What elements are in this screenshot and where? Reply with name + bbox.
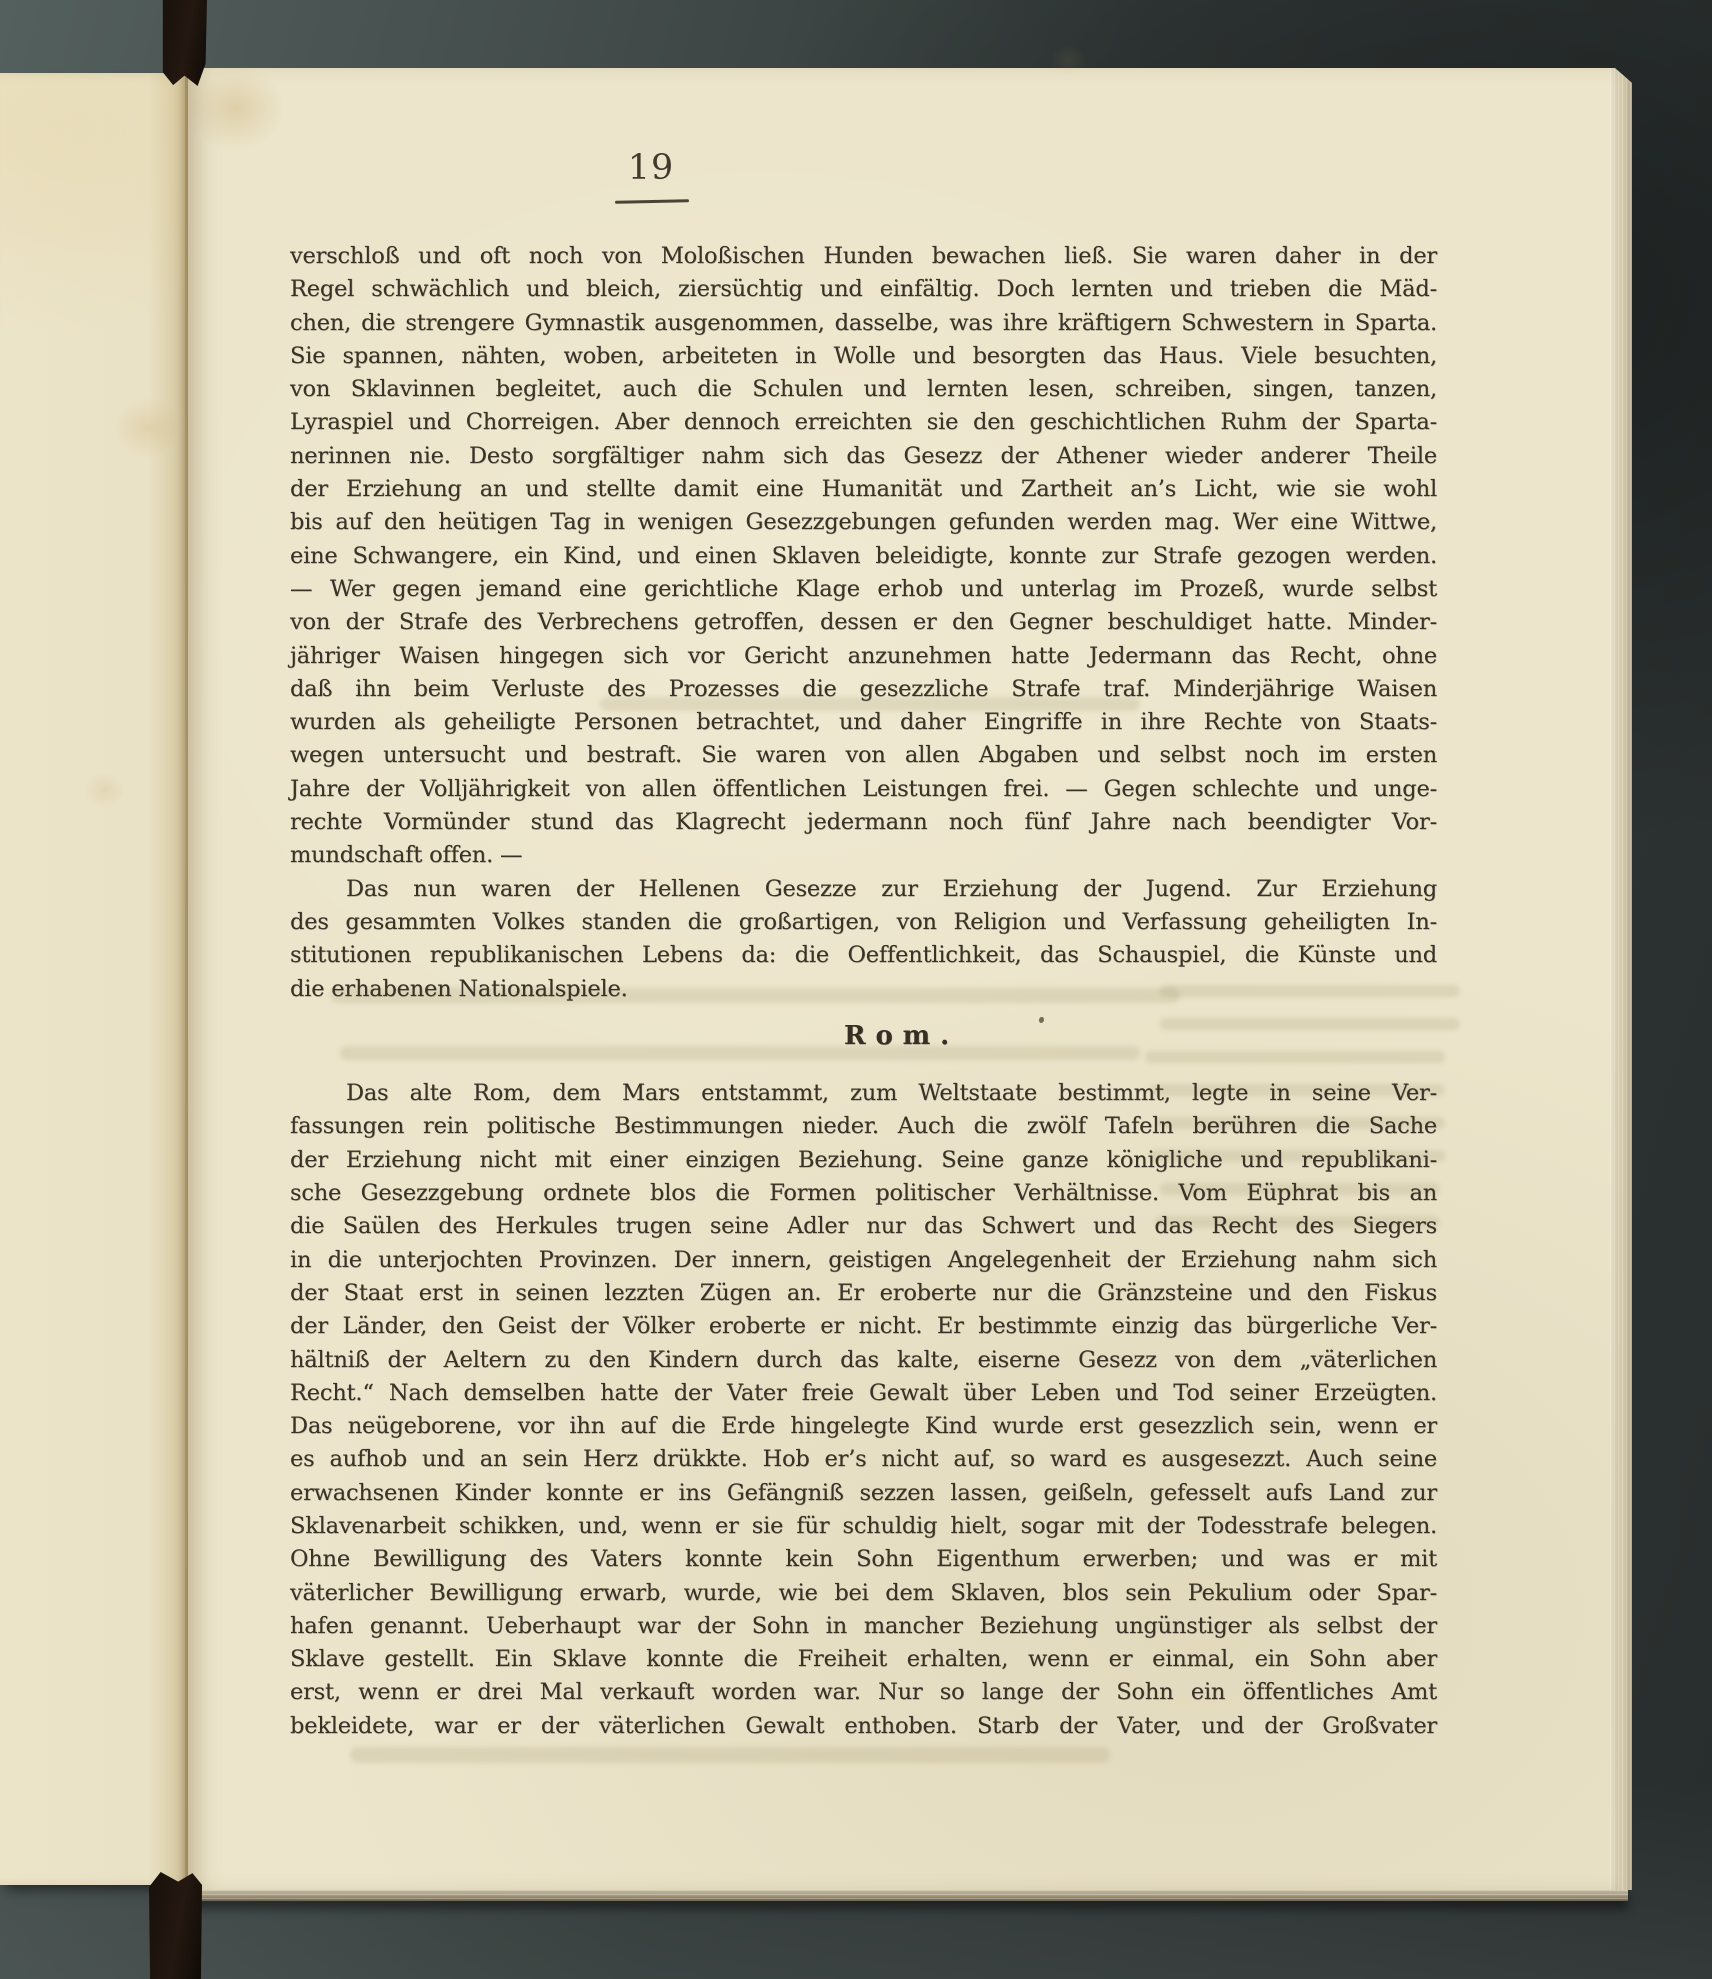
paragraph: Das nun waren der Hellenen Gesezze zur E… — [290, 873, 1437, 1006]
text-line: des gesammten Volkes standen die großart… — [290, 906, 1437, 939]
text-line: erst, wenn er drei Mal verkauft worden w… — [290, 1676, 1437, 1709]
text-line: Das alte Rom, dem Mars entstammt, zum We… — [290, 1077, 1437, 1110]
text-line: eine Schwangere, ein Kind, und einen Skl… — [290, 540, 1437, 573]
facing-page-edge — [0, 73, 190, 1885]
section-heading: Rom. — [328, 1020, 1475, 1053]
text-line: wegen untersucht und bestraft. Sie waren… — [290, 739, 1437, 772]
text-line: mundschaft offen. — — [290, 839, 1437, 872]
text-line: fassungen rein politische Bestimmungen n… — [290, 1110, 1437, 1143]
text-line: daß ihn beim Verluste des Prozesses die … — [290, 673, 1437, 706]
text-line: Das nun waren der Hellenen Gesezze zur E… — [290, 873, 1437, 906]
bottom-strap — [149, 1872, 202, 1979]
paragraph: verschloß und oft noch von Moloßischen H… — [290, 240, 1437, 873]
text-line: hältniß der Aeltern zu den Kindern durch… — [290, 1344, 1437, 1377]
page-number-rule — [615, 199, 689, 203]
text-line: Recht.“ Nach demselben hatte der Vater f… — [290, 1377, 1437, 1410]
text-line: rechte Vormünder stund das Klagrecht jed… — [290, 806, 1437, 839]
text-line: Sklave gestellt. Ein Sklave konnte die F… — [290, 1643, 1437, 1676]
text-line: erwachsenen Kinder konnte er ins Gefängn… — [290, 1477, 1437, 1510]
text-line: der Erziehung an und stellte damit eine … — [290, 473, 1437, 506]
text-line: verschloß und oft noch von Moloßischen H… — [290, 240, 1437, 273]
text-line: hafen genannt. Ueberhaupt war der Sohn i… — [290, 1610, 1437, 1643]
text-line: Sie spannen, nähten, woben, arbeiteten i… — [290, 340, 1437, 373]
text-line: wurden als geheiligte Personen betrachte… — [290, 706, 1437, 739]
text-line: Das neügeborene, vor ihn auf die Erde hi… — [290, 1410, 1437, 1443]
top-strap — [160, 0, 207, 86]
text-line: stitutionen republikanischen Lebens da: … — [290, 939, 1437, 972]
text-line: Regel schwächlich und bleich, ziersüchti… — [290, 273, 1437, 306]
gutter-shadow — [185, 70, 188, 1885]
text-line: der Erziehung nicht mit einer einzigen B… — [290, 1144, 1437, 1177]
page-right-edge-stack — [1610, 68, 1632, 1890]
book-page: 19 verschloß und oft noch von Moloßische… — [188, 68, 1632, 1890]
text-line: sche Gesezzgebung ordnete blos die Forme… — [290, 1177, 1437, 1210]
text-line: der Länder, den Geist der Völker erobert… — [290, 1310, 1437, 1343]
text-line: väterlicher Bewilligung erwarb, wurde, w… — [290, 1577, 1437, 1610]
text-line: bekleidete, war er der väterlichen Gewal… — [290, 1710, 1437, 1743]
text-line: Lyraspiel und Chorreigen. Aber dennoch e… — [290, 406, 1437, 439]
text-line: die Saülen des Herkules trugen seine Adl… — [290, 1210, 1437, 1243]
paragraph: Das alte Rom, dem Mars entstammt, zum We… — [290, 1077, 1437, 1743]
text-line: in die unterjochten Provinzen. Der inner… — [290, 1244, 1437, 1277]
text-line: Ohne Bewilligung des Vaters konnte kein … — [290, 1543, 1437, 1576]
text-line: es aufhob und an sein Herz drükkte. Hob … — [290, 1443, 1437, 1476]
page-number: 19 — [591, 148, 711, 188]
text-line: chen, die strengere Gymnastik ausgenomme… — [290, 307, 1437, 340]
text-line: jähriger Waisen hingegen sich vor Gerich… — [290, 640, 1437, 673]
text-block: verschloß und oft noch von Moloßischen H… — [290, 240, 1437, 1743]
scan-background: 19 verschloß und oft noch von Moloßische… — [0, 0, 1712, 1979]
text-line: von Sklavinnen begleitet, auch die Schul… — [290, 373, 1437, 406]
text-line: Jahre der Volljährigkeit von allen öffen… — [290, 773, 1437, 806]
text-line: von der Strafe des Verbrechens getroffen… — [290, 606, 1437, 639]
text-line: bis auf den heütigen Tag in wenigen Gese… — [290, 506, 1437, 539]
text-line: der Staat erst in seinen lezzten Zügen a… — [290, 1277, 1437, 1310]
text-line: nerinnen nie. Desto sorgfältiger nahm si… — [290, 440, 1437, 473]
show-through — [350, 1747, 1110, 1763]
text-line: — Wer gegen jemand eine gerichtliche Kla… — [290, 573, 1437, 606]
text-line: die erhabenen Nationalspiele. — [290, 973, 1437, 1006]
text-line: Sklavenarbeit schikken, und, wenn er sie… — [290, 1510, 1437, 1543]
